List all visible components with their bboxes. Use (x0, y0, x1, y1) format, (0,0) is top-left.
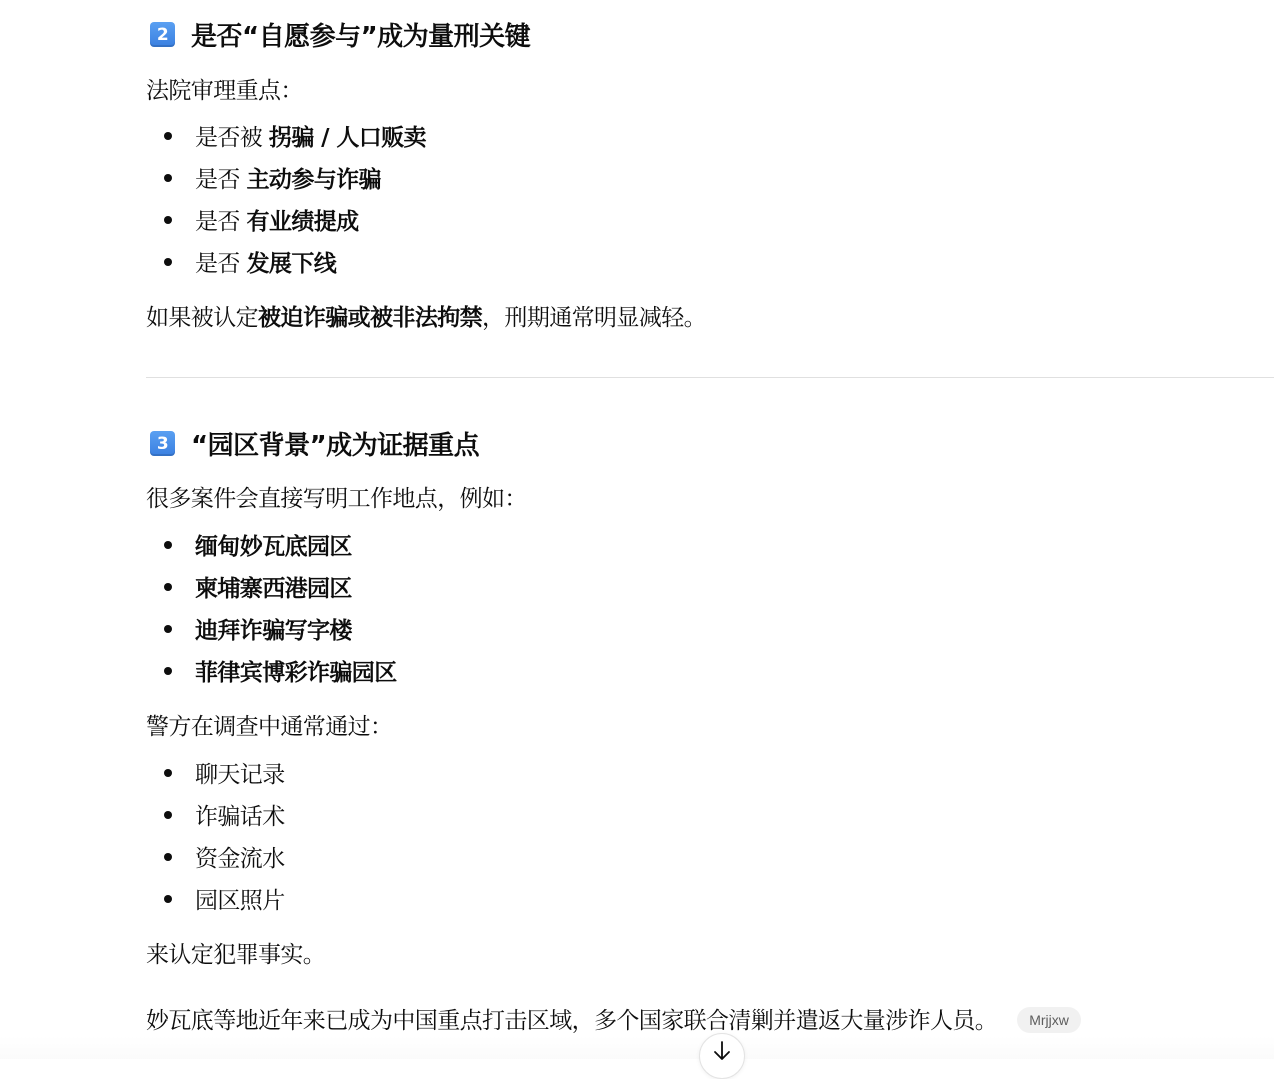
list-item: 是否 有业绩提成 (146, 203, 359, 236)
bottom-fade (0, 1036, 1274, 1059)
section-2-heading: 2 是否“自愿参与”成为量刑关键 (150, 16, 530, 53)
bullet-icon (164, 174, 172, 182)
bullet-icon (164, 769, 172, 777)
bullet-icon (164, 258, 172, 266)
police-intro: 警方在调查中通常通过： (146, 708, 392, 741)
bullet-icon (164, 132, 172, 140)
section-divider (146, 377, 1274, 378)
section-2-intro: 法院审理重点： (146, 72, 303, 105)
list-item: 菲律宾博彩诈骗园区 (146, 654, 397, 687)
section-3-title: “园区背景”成为证据重点 (191, 425, 479, 462)
evidence-conclusion: 来认定犯罪事实。 (146, 936, 325, 969)
section-2-title: 是否“自愿参与”成为量刑关键 (191, 16, 530, 53)
list-item: 诈骗话术 (146, 798, 285, 831)
list-item: 是否 主动参与诈骗 (146, 161, 381, 194)
bullet-icon (164, 667, 172, 675)
section-3-intro: 很多案件会直接写明工作地点，例如： (146, 480, 527, 513)
bullet-icon (164, 853, 172, 861)
section-3-heading: 3 “园区背景”成为证据重点 (150, 425, 479, 462)
bullet-icon (164, 583, 172, 591)
bullet-icon (164, 216, 172, 224)
bullet-icon (164, 811, 172, 819)
closing-paragraph: 妙瓦底等地近年来已成为中国重点打击区域，多个国家联合清剿并遣返大量涉诈人员。Mr… (146, 1002, 1081, 1035)
keycap-3-icon: 3 (150, 431, 175, 456)
list-item: 是否被 拐骗 / 人口贩卖 (146, 119, 426, 152)
list-item: 缅甸妙瓦底园区 (146, 528, 352, 561)
list-item: 聊天记录 (146, 756, 285, 789)
list-item: 柬埔寨西港园区 (146, 570, 352, 603)
list-item: 园区照片 (146, 882, 285, 915)
keycap-2-icon: 2 (150, 22, 175, 47)
source-citation-chip[interactable]: Mrjjxw (1017, 1007, 1081, 1033)
section-2-conclusion: 如果被认定被迫诈骗或被非法拘禁，刑期通常明显减轻。 (146, 299, 706, 332)
bullet-icon (164, 625, 172, 633)
arrow-down-icon (711, 1040, 733, 1059)
bullet-icon (164, 895, 172, 903)
list-item: 资金流水 (146, 840, 285, 873)
bullet-icon (164, 541, 172, 549)
list-item: 迪拜诈骗写字楼 (146, 612, 352, 645)
list-item: 是否 发展下线 (146, 245, 336, 278)
